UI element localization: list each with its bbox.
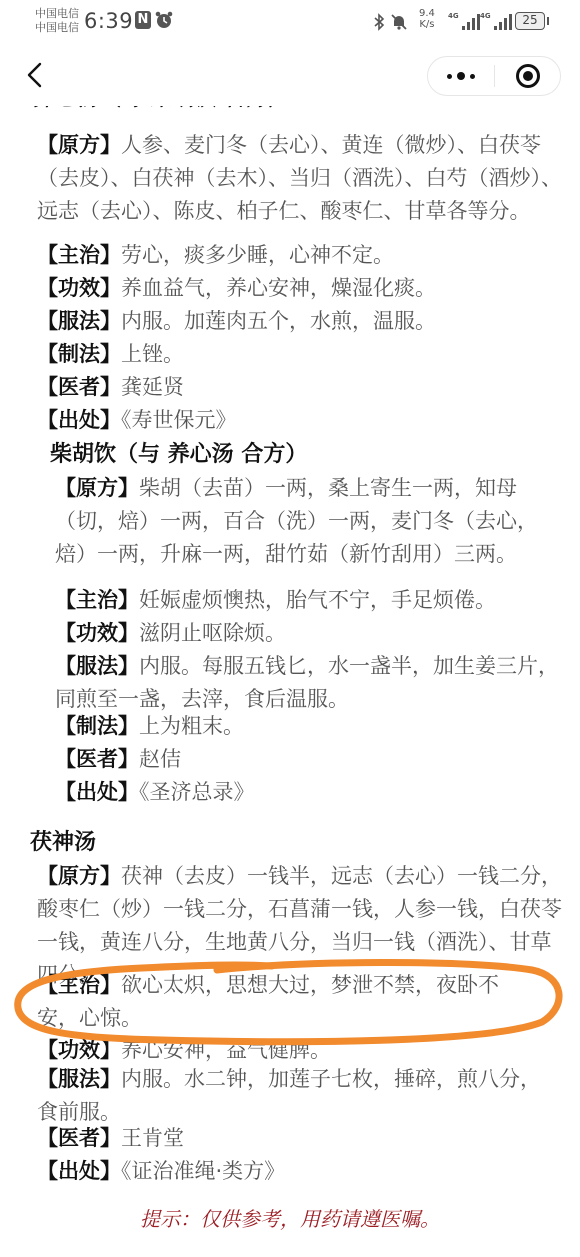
back-button[interactable]: [20, 58, 50, 92]
disclaimer-tip: 提示：仅供参考，用药请遵医嘱。: [0, 1203, 580, 1232]
entry-zhifa: 【制法】上为粗末。: [55, 710, 560, 743]
entry-fufa: 【服法】内服。加莲肉五个，水煎，温服。: [37, 305, 562, 338]
entry-yizhe: 【医者】王肯堂: [37, 1122, 562, 1155]
section-title-fushen: 茯神汤: [30, 828, 96, 858]
entry-gongxiao: 【功效】滋阴止呕除烦。: [55, 617, 560, 650]
close-miniprogram-button[interactable]: [495, 57, 560, 95]
entry-zhuzhi: 【主治】妊娠虚烦懊热，胎气不宁，手足烦倦。: [55, 584, 560, 617]
entry-yuanfang: 【原方】柴胡（去苗）一两，桑上寄生一两，知母（切，焙）一两，百合（洗）一两，麦门…: [55, 472, 560, 571]
entry-chuchu: 【出处】《圣济总录》: [55, 776, 560, 809]
nfc-icon: N: [135, 11, 151, 29]
entry-yizhe: 【医者】龚延贤: [37, 371, 562, 404]
bluetooth-icon: [373, 13, 385, 35]
entry-yuanfang: 【原方】人参、麦门冬（去心）、黄连（微炒）、白茯苓（去皮）、白茯神（去木）、当归…: [37, 129, 562, 228]
signal-1-icon: 4G: [448, 12, 480, 30]
section-title-chaihu: 柴胡饮（与 养心汤 合方）: [50, 440, 307, 470]
mini-program-nav-bar: [0, 44, 580, 106]
more-dots-icon: [447, 74, 452, 79]
entry-zhuzhi: 【主治】劳心，痰多少睡，心神不定。: [37, 239, 562, 272]
network-speed: 9.4 K/s: [419, 8, 435, 30]
mute-bell-icon: [390, 13, 408, 35]
capsule-menu: [427, 56, 561, 96]
entry-zhuzhi-highlighted: 【主治】欲心太炽，思想大过，梦泄不禁，夜卧不安，心惊。: [37, 969, 537, 1035]
carrier-labels: 中国电信 中国电信: [35, 7, 79, 35]
alarm-icon: [155, 11, 173, 33]
entry-gongxiao: 【功效】养血益气，养心安神，燥湿化痰。: [37, 272, 562, 305]
battery-indicator: 25: [515, 12, 545, 30]
entry-zhifa: 【制法】上锉。: [37, 338, 562, 371]
chevron-left-icon: [20, 58, 50, 92]
carrier-2: 中国电信: [35, 21, 79, 35]
carrier-1: 中国电信: [35, 7, 79, 21]
status-bar: 中国电信 中国电信 6:39 N 9.4 K/s 4G 4G 25: [0, 0, 580, 44]
entry-chuchu: 【出处】《寿世保元》: [37, 404, 562, 437]
entry-chuchu: 【出处】《证治准绳·类方》: [37, 1155, 562, 1188]
battery-tip: [547, 17, 549, 25]
clock: 6:39: [84, 9, 133, 33]
more-button[interactable]: [428, 57, 494, 95]
entry-yizhe: 【医者】赵佶: [55, 743, 560, 776]
entry-fufa: 【服法】内服。每服五钱匕，水一盏半，加生姜三片，同煎至一盏，去滓，食后温服。: [55, 650, 560, 716]
signal-2-icon: 4G: [480, 12, 512, 30]
target-circle-icon: [516, 64, 540, 88]
entry-fufa: 【服法】内服。水二钟，加莲子七枚，捶碎，煎八分，食前服。: [37, 1063, 547, 1129]
